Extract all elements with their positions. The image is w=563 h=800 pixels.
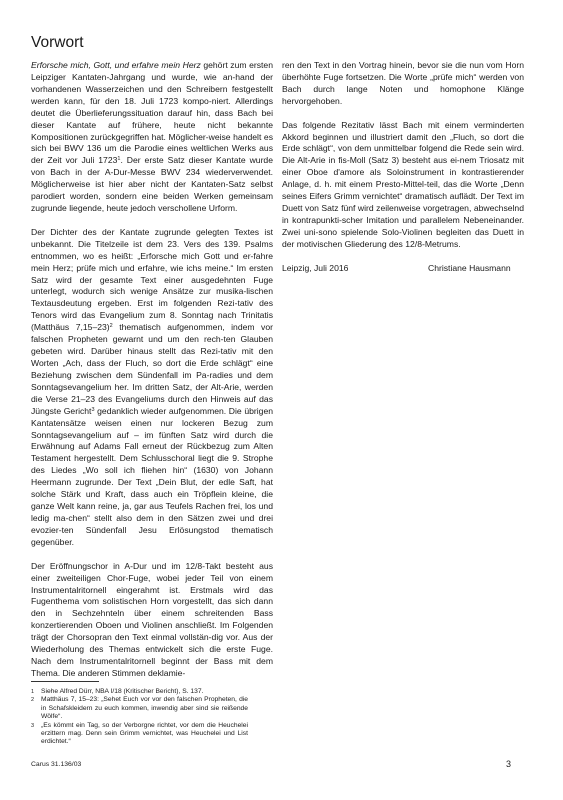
footnote-number: 3 <box>31 722 41 747</box>
footnote-2: 2 Matthäus 7, 15–23: „Sehet Euch vor vor… <box>31 696 248 721</box>
footnote-number: 2 <box>31 696 41 721</box>
paragraph-opening-chorus: Der Eröffnungschor in A-Dur und im 12/8-… <box>31 561 273 680</box>
paragraph-text: gedanklich wieder aufgenommen. Die übrig… <box>31 406 273 547</box>
paragraph-intro: Erforsche mich, Gott, und erfahre mein H… <box>31 60 273 215</box>
footnote-text: Siehe Alfred Dürr, NBA I/18 (Kritischer … <box>41 688 248 696</box>
catalog-number: Carus 31.136/03 <box>31 761 81 768</box>
page-number: 3 <box>506 759 511 769</box>
paragraph-text: gehört zum ersten Leipziger Kantaten-Jah… <box>31 60 273 165</box>
footnote-1: 1 Siehe Alfred Dürr, NBA I/18 (Kritische… <box>31 688 248 696</box>
footnote-divider <box>31 681 99 682</box>
footnote-3: 3 „Es kömmt ein Tag, so der Verborgne ri… <box>31 722 248 747</box>
paragraph-continuation: ren den Text in den Vortrag hinein, bevo… <box>282 60 524 108</box>
right-column: ren den Text in den Vortrag hinein, bevo… <box>282 60 524 275</box>
cantata-title-italic: Erforsche mich, Gott, und erfahre mein H… <box>31 60 201 70</box>
paragraph-recitative: Das folgende Rezitativ lässt Bach mit ei… <box>282 120 524 251</box>
author-name: Christiane Hausmann <box>428 263 511 275</box>
paragraph-text: thematisch aufgenommen, indem vor falsch… <box>31 322 273 415</box>
footnotes: 1 Siehe Alfred Dürr, NBA I/18 (Kritische… <box>31 688 248 747</box>
footnote-number: 1 <box>31 688 41 696</box>
place-date: Leipzig, Juli 2016 <box>282 263 428 275</box>
page-title: Vorwort <box>31 34 84 52</box>
footnote-text: Matthäus 7, 15–23: „Sehet Euch vor vor d… <box>41 696 248 721</box>
footnote-text: „Es kömmt ein Tag, so der Verborgne rich… <box>41 722 248 747</box>
paragraph-text-author: Der Dichter des der Kantate zugrunde gel… <box>31 227 273 549</box>
signature-line: Leipzig, Juli 2016 Christiane Hausmann <box>282 263 524 275</box>
paragraph-text: Der Dichter des der Kantate zugrunde gel… <box>31 227 273 332</box>
left-column: Erforsche mich, Gott, und erfahre mein H… <box>31 60 273 692</box>
